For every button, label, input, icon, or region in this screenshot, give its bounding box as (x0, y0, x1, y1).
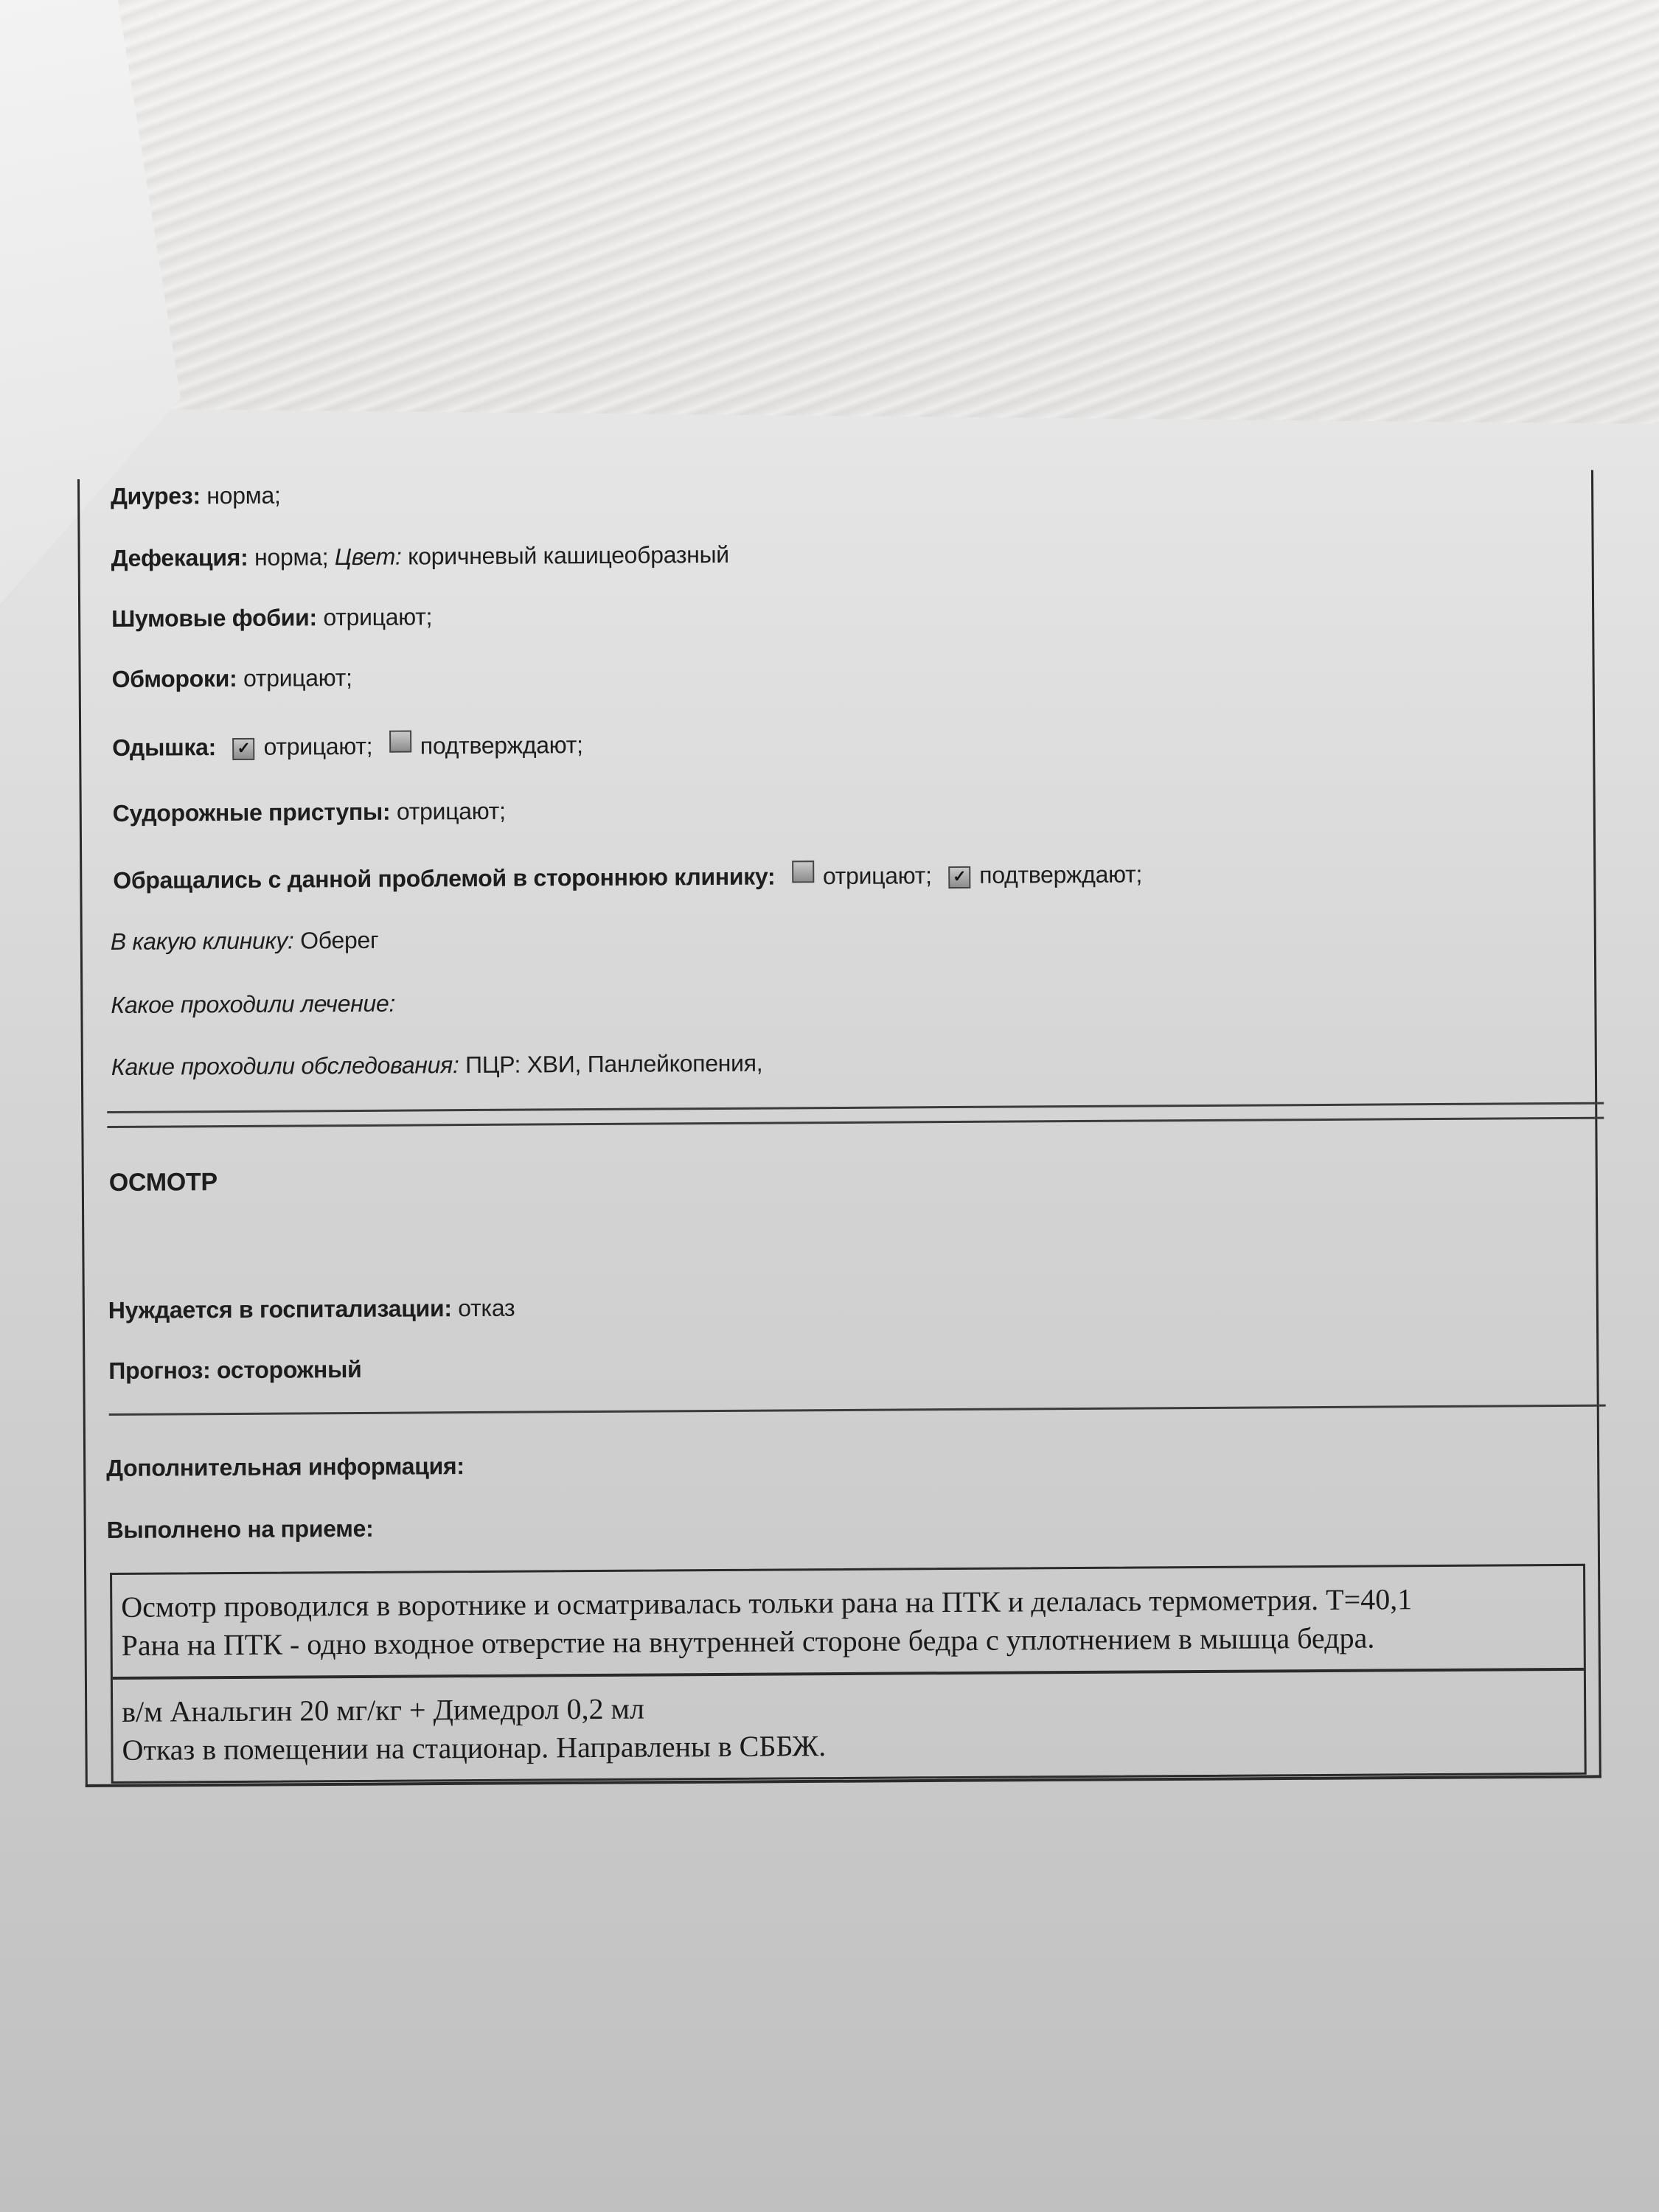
field-value: отрицают; (323, 603, 432, 630)
option-label: подтверждают; (979, 860, 1142, 888)
color-label: Цвет: (335, 543, 402, 571)
exam-notes-cell: Осмотр проводился в воротнике и осматрив… (112, 1566, 1584, 1677)
field-which-clinic: В какую клинику: Оберег (111, 927, 379, 956)
option-label: отрицают; (263, 733, 372, 760)
option-label: подтверждают; (420, 731, 583, 759)
field-value: норма; (254, 543, 328, 571)
checkbox-dyspnea-confirm[interactable] (389, 731, 411, 753)
field-label: Нуждается в госпитализации: (108, 1295, 452, 1324)
checkbox-dyspnea-deny[interactable]: ✓ (232, 738, 254, 760)
field-label: Прогноз: (108, 1357, 210, 1384)
field-value: отрицают; (397, 798, 506, 825)
field-label: Какие проходили обследования: (111, 1051, 459, 1080)
procedure-notes-box: Осмотр проводился в воротнике и осматрив… (110, 1564, 1587, 1784)
field-label: Обмороки: (112, 665, 237, 692)
field-value: норма; (206, 482, 280, 509)
field-other-clinic: Обращались с данной проблемой в сторонню… (113, 858, 1142, 894)
field-value: Оберег (300, 927, 378, 954)
field-diuresis: Диурез: норма; (111, 482, 281, 510)
field-value: ПЦР: ХВИ, Панлейкопения, (465, 1050, 762, 1078)
checkbox-other-clinic-deny[interactable] (792, 860, 814, 883)
field-prognosis: Прогноз: осторожный (108, 1356, 361, 1385)
additional-info-label: Дополнительная информация: (106, 1453, 465, 1482)
field-label: Судорожные приступы: (113, 799, 391, 827)
field-label: Обращались с данной проблемой в сторонню… (113, 863, 775, 894)
treatment-notes-cell: в/м Анальгин 20 мг/кг + Димедрол 0,2 мл … (113, 1668, 1585, 1781)
field-seizures: Судорожные приступы: отрицают; (113, 798, 506, 827)
option-label: отрицают; (823, 862, 932, 889)
field-noise-phobias: Шумовые фобии: отрицают; (111, 603, 432, 633)
field-defecation: Дефекация: норма; Цвет: коричневый кашиц… (111, 541, 729, 572)
field-label: В какую клинику: (111, 927, 294, 955)
checkbox-other-clinic-confirm[interactable]: ✓ (948, 866, 970, 888)
field-value: отказ (458, 1295, 515, 1321)
field-label: Дефекация: (111, 544, 248, 571)
field-value: отрицают; (243, 664, 352, 692)
field-examinations: Какие проходили обследования: ПЦР: ХВИ, … (111, 1050, 763, 1081)
field-hospitalization: Нуждается в госпитализации: отказ (108, 1295, 515, 1324)
field-label: Какое проходили лечение: (111, 990, 395, 1018)
done-at-visit-label: Выполнено на приеме: (107, 1515, 374, 1544)
field-label: Одышка: (112, 734, 216, 761)
table-background (0, 0, 1659, 442)
note-line: Рана на ПТК - одно входное отверстие на … (121, 1618, 1574, 1665)
section-heading-exam: ОСМОТР (109, 1168, 218, 1197)
color-value: коричневый кашицеобразный (408, 541, 729, 570)
field-label: Диурез: (111, 482, 201, 509)
field-dyspnea: Одышка: ✓отрицают; подтверждают; (112, 729, 583, 762)
field-fainting: Обмороки: отрицают; (112, 664, 352, 693)
field-label: Шумовые фобии: (111, 604, 317, 632)
field-value: осторожный (217, 1356, 362, 1383)
note-line: Отказ в помещении на стационар. Направле… (122, 1722, 1575, 1770)
field-treatment: Какое проходили лечение: (111, 990, 395, 1019)
